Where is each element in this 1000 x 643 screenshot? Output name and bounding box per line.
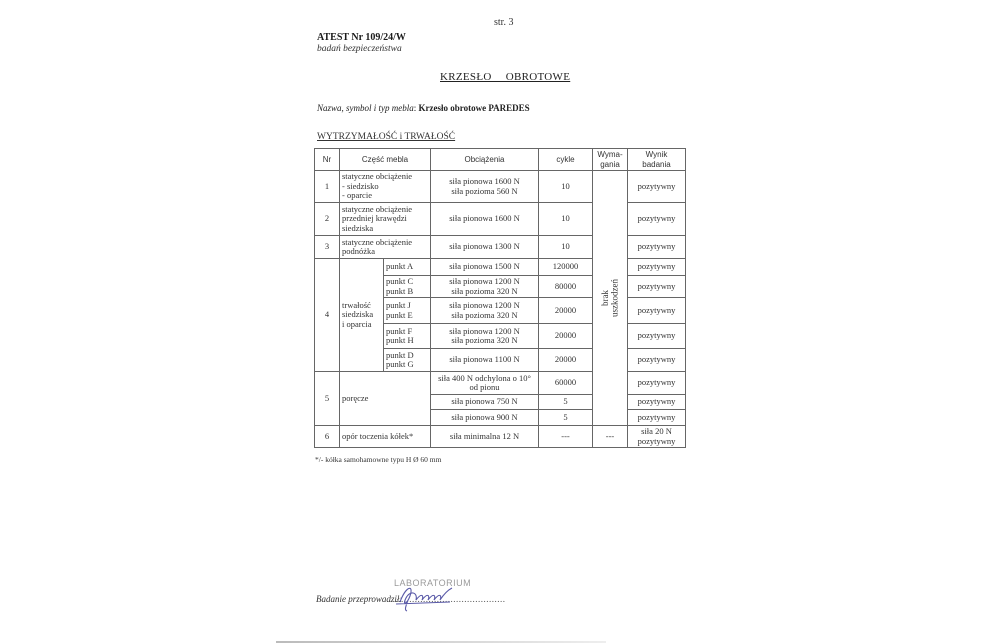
results-table: NrCzęść meblaObciążeniacykleWyma-ganiaWy… [314,148,686,448]
cell-load: siła pionowa 1500 N [431,259,539,276]
cell-cycles: 20000 [539,324,593,349]
cell-point: punkt Jpunkt E [384,298,431,324]
cell-nr: 3 [315,236,340,259]
document-title: KRZESŁO OBROTOWE [440,71,570,83]
cell-result: pozytywny [628,298,686,324]
requirements-text: brakuszkodzeń [601,279,620,317]
table-row: 1statyczne obciążenie- siedzisko- oparci… [315,171,686,203]
cell-result: pozytywny [628,324,686,349]
cell-result: pozytywny [628,171,686,203]
cell-load: siła minimalna 12 N [431,426,539,448]
cell-result: pozytywny [628,203,686,236]
cell-load: siła pionowa 900 N [431,410,539,426]
table-row: 2statyczne obciążenieprzedniej krawędzis… [315,203,686,236]
cell-requirements: brakuszkodzeń [593,171,628,426]
cell-part: statyczne obciążeniepodnóżka [340,236,431,259]
cell-result: siła 20 Npozytywny [628,426,686,448]
cell-result: pozytywny [628,372,686,395]
table-row: 6opór toczenia kółek*siła minimalna 12 N… [315,426,686,448]
header-requirements: Wyma-gania [593,149,628,171]
table-row: NrCzęść meblaObciążeniacykleWyma-ganiaWy… [315,149,686,171]
cell-cycles: 10 [539,203,593,236]
cell-part: opór toczenia kółek* [340,426,431,448]
cell-point: punkt A [384,259,431,276]
cell-cycles: 20000 [539,298,593,324]
table-row: 5poręczesiła 400 N odchylona o 10°od pio… [315,372,686,395]
cell-nr: 4 [315,259,340,372]
cell-point: punkt Cpunkt B [384,276,431,298]
cell-result: pozytywny [628,410,686,426]
cell-result: pozytywny [628,236,686,259]
cell-part: poręcze [340,372,431,426]
cell-load: siła pionowa 1100 N [431,349,539,372]
signature-icon [392,582,462,612]
cell-result: pozytywny [628,259,686,276]
cell-cycles: 80000 [539,276,593,298]
product-name: Krzesło obrotowe PAREDES [419,103,530,113]
cell-nr: 2 [315,203,340,236]
product-label: Nazwa, symbol i typ mebla [317,103,414,113]
cell-cycles: 20000 [539,349,593,372]
cell-requirements: --- [593,426,628,448]
certificate-number: ATEST Nr 109/24/W [317,32,406,43]
cell-cycles: 120000 [539,259,593,276]
cell-cycles: 5 [539,410,593,426]
cell-load: siła pionowa 1600 N [431,203,539,236]
cell-result: pozytywny [628,395,686,410]
cell-cycles: 60000 [539,372,593,395]
header-load: Obciążenia [431,149,539,171]
section-title: WYTRZYMAŁOŚĆ i TRWAŁOŚĆ [317,132,455,142]
table-row: 4trwałośćsiedziskai oparciapunkt Asiła p… [315,259,686,276]
cell-load: siła pionowa 1200 Nsiła pozioma 320 N [431,298,539,324]
table-row: 3statyczne obciążeniepodnóżkasiła pionow… [315,236,686,259]
cell-cycles: --- [539,426,593,448]
header-part: Część mebla [340,149,431,171]
cell-cycles: 5 [539,395,593,410]
cell-nr: 6 [315,426,340,448]
cell-cycles: 10 [539,171,593,203]
header-cycles: cykle [539,149,593,171]
product-line: Nazwa, symbol i typ mebla: Krzesło obrot… [317,103,530,113]
cell-result: pozytywny [628,349,686,372]
page-number: str. 3 [494,17,513,28]
cell-nr: 1 [315,171,340,203]
cell-part: statyczne obciążenie- siedzisko- oparcie [340,171,431,203]
cell-point: punkt Fpunkt H [384,324,431,349]
certificate-subtitle: badań bezpieczeństwa [317,44,402,54]
cell-load: siła pionowa 1200 Nsiła pozioma 320 N [431,276,539,298]
cell-load: siła pionowa 750 N [431,395,539,410]
cell-load: siła pionowa 1200 Nsiła pozioma 320 N [431,324,539,349]
cell-cycles: 10 [539,236,593,259]
header-nr: Nr [315,149,340,171]
cell-point: punkt Dpunkt G [384,349,431,372]
cell-nr: 5 [315,372,340,426]
cell-load: siła 400 N odchylona o 10°od pionu [431,372,539,395]
header-result: Wynikbadania [628,149,686,171]
cell-result: pozytywny [628,276,686,298]
cell-load: siła pionowa 1600 Nsiła pozioma 560 N [431,171,539,203]
cell-part: trwałośćsiedziskai oparcia [340,259,384,372]
cell-load: siła pionowa 1300 N [431,236,539,259]
cell-part: statyczne obciążenieprzedniej krawędzisi… [340,203,431,236]
footnote: */- kółka samohamowne typu H Ø 60 mm [315,455,441,464]
